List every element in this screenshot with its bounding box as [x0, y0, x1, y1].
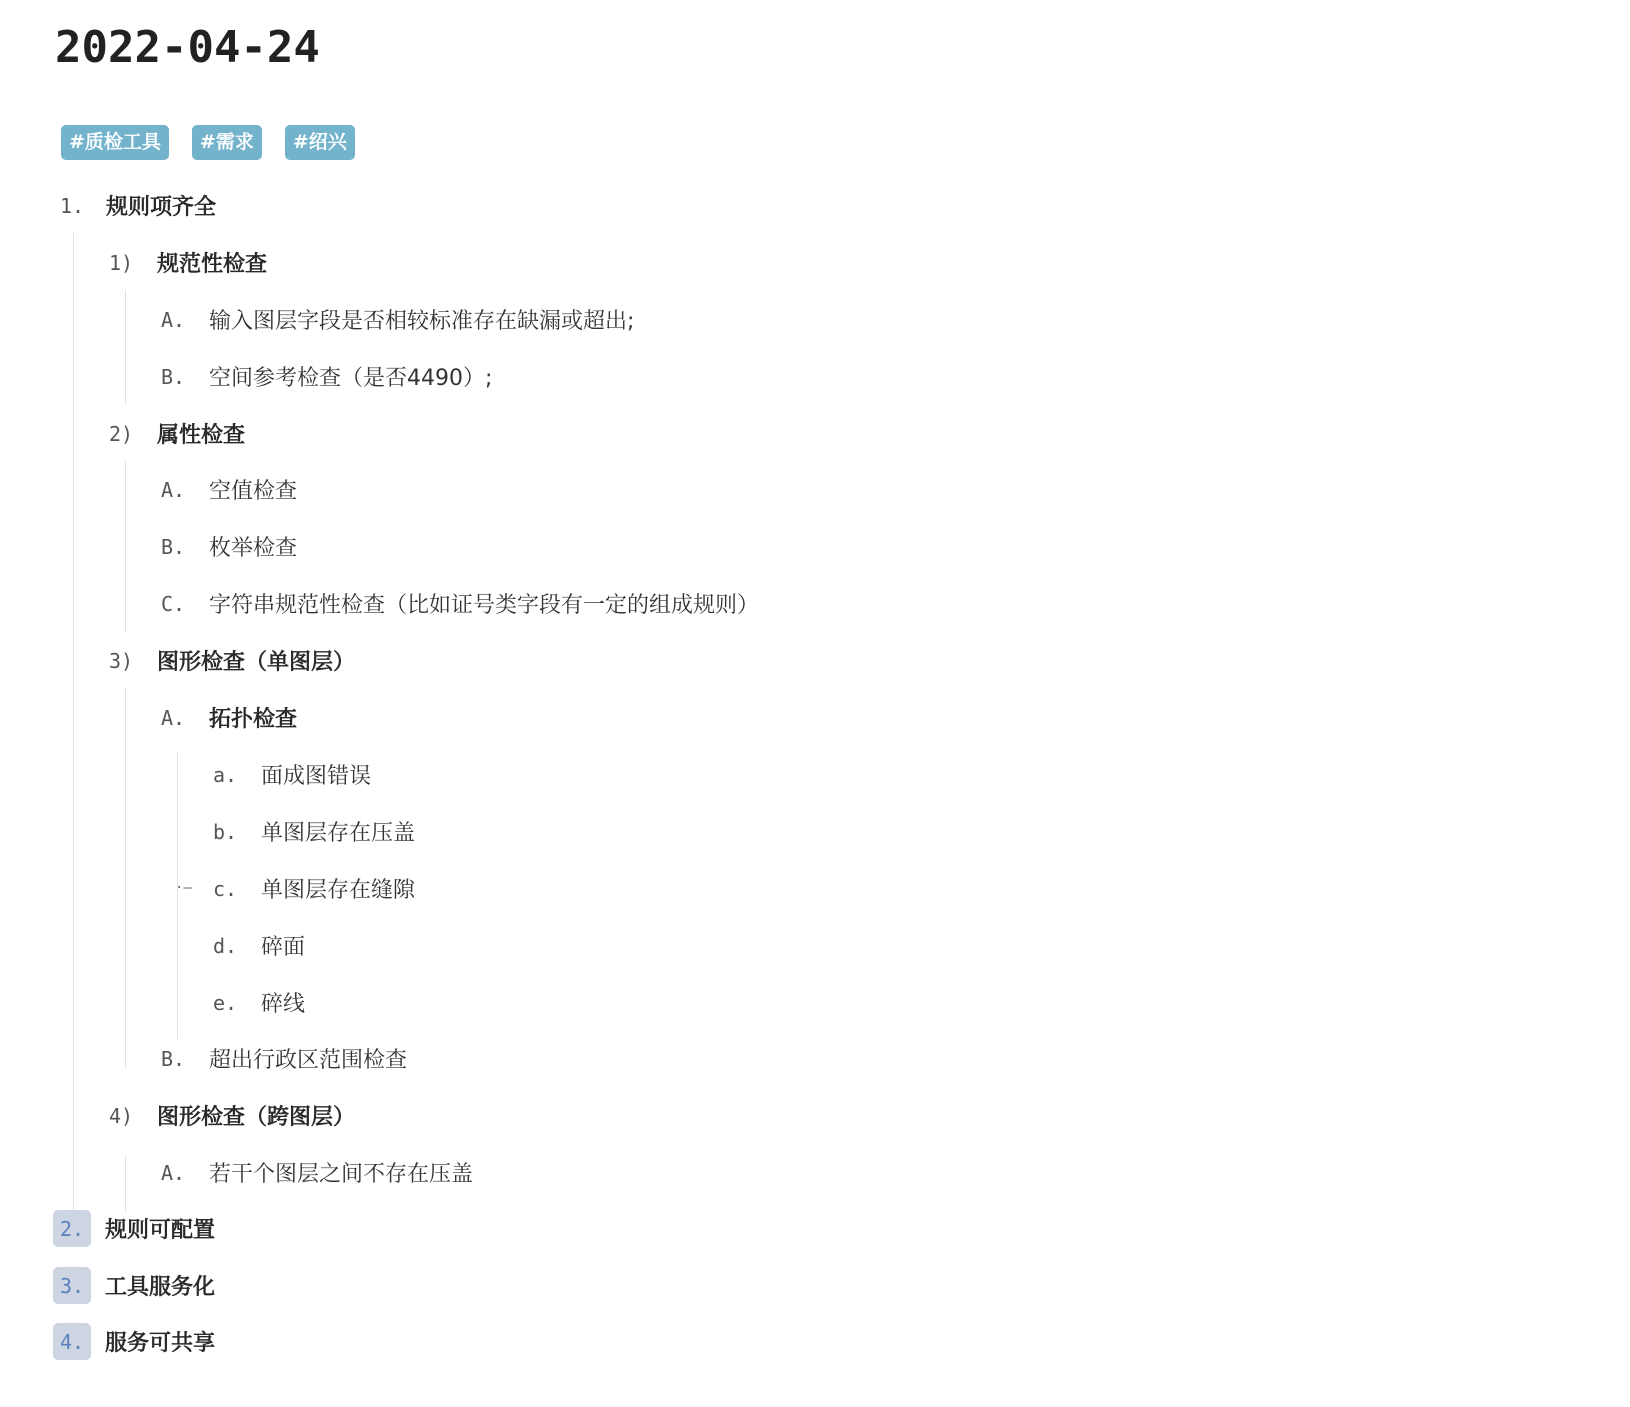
list-marker[interactable]: b.	[213, 820, 261, 844]
list-marker[interactable]: e.	[213, 991, 261, 1015]
outline-item-text: 碎线	[261, 987, 305, 1018]
outline-item[interactable]: 4) 图形检查（跨图层）	[109, 1087, 355, 1144]
list-marker[interactable]: 3)	[109, 649, 157, 673]
guide-line-section1	[125, 290, 126, 405]
outline-item-text: 空值检查	[209, 474, 297, 505]
outline-item-text: 输入图层字段是否相较标准存在缺漏或超出;	[209, 304, 634, 335]
tag-list: #质检工具 #需求 #绍兴	[61, 125, 355, 160]
tag-shaoxing[interactable]: #绍兴	[285, 125, 355, 160]
list-marker[interactable]: c.	[213, 877, 261, 901]
outline-item[interactable]: A. 空值检查	[161, 461, 297, 518]
outline-item-text: 拓扑检查	[209, 702, 297, 733]
outline-item[interactable]: 1) 规范性检查	[109, 234, 267, 291]
list-marker[interactable]: B.	[161, 535, 209, 559]
outline-item-text: 图形检查（跨图层）	[157, 1100, 355, 1131]
list-marker[interactable]: A.	[161, 706, 209, 730]
outline-item-text: 字符串规范性检查（比如证号类字段有一定的组成规则）	[209, 588, 759, 619]
outline-item[interactable]: A. 拓扑检查	[161, 689, 297, 746]
collapsed-list-marker[interactable]: 4.	[53, 1323, 91, 1360]
outline-item-text: 单图层存在压盖	[261, 816, 415, 847]
guide-line-section3	[125, 688, 126, 1069]
outline-item-text: 面成图错误	[261, 759, 371, 790]
outline-item-text: 图形检查（单图层）	[157, 645, 355, 676]
outline-item[interactable]: 1. 规则项齐全	[60, 177, 216, 234]
outline-item[interactable]: b. 单图层存在压盖	[213, 803, 415, 860]
list-marker[interactable]: 2)	[109, 422, 157, 446]
outline-item-collapsed[interactable]: 2. 规则可配置	[53, 1200, 215, 1257]
outline-item-text: 服务可共享	[105, 1326, 215, 1357]
page-title: 2022-04-24	[55, 18, 320, 78]
outline-item[interactable]: B. 超出行政区范围检查	[161, 1030, 407, 1087]
outline-item-text: 碎面	[261, 930, 305, 961]
list-marker[interactable]: B.	[161, 1047, 209, 1071]
outline-item-text: 规则可配置	[105, 1213, 215, 1244]
outline-item[interactable]: 3) 图形检查（单图层）	[109, 632, 355, 689]
collapsed-list-marker[interactable]: 3.	[53, 1267, 91, 1304]
outline-item-collapsed[interactable]: 4. 服务可共享	[53, 1313, 215, 1370]
outline-item-text: 若干个图层之间不存在压盖	[209, 1157, 473, 1188]
tag-requirement[interactable]: #需求	[192, 125, 262, 160]
outline-item[interactable]: d. 碎面	[213, 917, 305, 974]
outline-item-text: 超出行政区范围检查	[209, 1043, 407, 1074]
list-marker[interactable]: d.	[213, 934, 261, 958]
outline-item-text: 工具服务化	[105, 1270, 215, 1301]
list-marker[interactable]: B.	[161, 365, 209, 389]
outline-item[interactable]: e. 碎线	[213, 974, 305, 1031]
list-marker[interactable]: C.	[161, 592, 209, 616]
tag-quality-tool[interactable]: #质检工具	[61, 125, 169, 160]
drag-handle-icon[interactable]: ·—	[175, 880, 192, 896]
outline-item[interactable]: 2) 属性检查	[109, 405, 245, 462]
outline-item-text: 规则项齐全	[106, 190, 216, 221]
list-marker[interactable]: A.	[161, 478, 209, 502]
guide-line-level0	[73, 233, 74, 1212]
outline-item[interactable]: c. 单图层存在缝隙	[213, 860, 415, 917]
collapsed-list-marker[interactable]: 2.	[53, 1210, 91, 1247]
outline-item-text: 属性检查	[157, 418, 245, 449]
outline-item[interactable]: A. 若干个图层之间不存在压盖	[161, 1144, 473, 1201]
outline-item[interactable]: B. 空间参考检查（是否4490）;	[161, 348, 492, 405]
outline-item-text: 单图层存在缝隙	[261, 873, 415, 904]
outline-item-collapsed[interactable]: 3. 工具服务化	[53, 1257, 215, 1314]
list-marker[interactable]: 1)	[109, 251, 157, 275]
outline-item-text: 枚举检查	[209, 531, 297, 562]
guide-line-section2	[125, 461, 126, 633]
outline-item[interactable]: a. 面成图错误	[213, 746, 371, 803]
outline-item[interactable]: C. 字符串规范性检查（比如证号类字段有一定的组成规则）	[161, 575, 759, 632]
outline-item-text: 规范性检查	[157, 247, 267, 278]
outline-item-text: 空间参考检查（是否4490）;	[209, 361, 492, 392]
list-marker[interactable]: A.	[161, 308, 209, 332]
list-marker[interactable]: 4)	[109, 1104, 157, 1128]
outline-item[interactable]: A. 输入图层字段是否相较标准存在缺漏或超出;	[161, 291, 634, 348]
outline-item[interactable]: B. 枚举检查	[161, 518, 297, 575]
list-marker[interactable]: A.	[161, 1161, 209, 1185]
list-marker[interactable]: a.	[213, 763, 261, 787]
list-marker[interactable]: 1.	[60, 194, 106, 218]
